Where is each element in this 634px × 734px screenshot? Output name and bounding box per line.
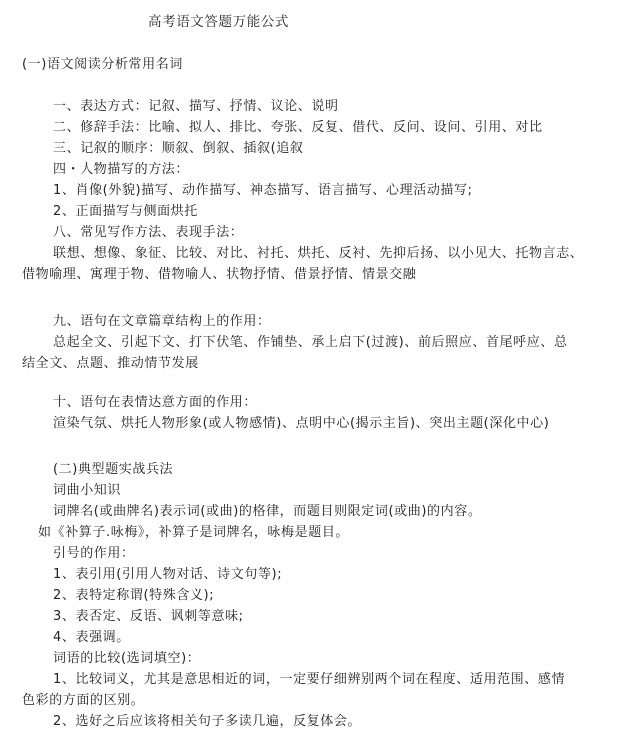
text-line: 借物喻理、寓理于物、借物喻人、状物抒情、借景抒情、情景交融 (22, 267, 416, 283)
text-line: 九、语句在文章篇章结构上的作用： (53, 314, 271, 330)
text-line: 引号的作用： (53, 546, 135, 562)
text-line: 词牌名(或曲牌名)表示词(或曲)的格律，而题目则限定词(或曲)的内容。 (53, 504, 481, 520)
text-line: 词曲小知识 (53, 483, 121, 499)
text-line: 八、常见写作方法、表现手法： (53, 225, 243, 241)
text-line: 3、表否定、反语、讽刺等意味; (53, 609, 244, 625)
section-heading-1: (一)语文阅读分析常用名词 (22, 57, 183, 73)
text-line: 4、表强调。 (53, 630, 130, 646)
text-line: 总起全文、引起下文、打下伏笔、作铺垫、承上启下(过渡)、前后照应、首尾呼应、总 (53, 335, 568, 351)
text-line: 2、选好之后应该将相关句子多读几遍，反复体会。 (53, 714, 361, 730)
text-line: 如《补算子.咏梅》，补算子是词牌名，咏梅是题目。 (38, 525, 349, 541)
text-line: 1、比较词义，尤其是意思相近的词，一定要仔细辨别两个词在程度、适用范围、感情 (53, 672, 565, 688)
document-title: 高考语文答题万能公式 (148, 14, 289, 30)
text-line: 词语的比较(选词填空)： (53, 651, 200, 667)
text-line: 1、肖像(外貌)描写、动作描写、神态描写、语言描写、心理活动描写; (53, 183, 473, 199)
text-line: 色彩的方面的区别。 (22, 693, 144, 709)
text-line: 2、正面描写与侧面烘托 (53, 204, 198, 220)
text-line: 三、记叙的顺序：顺叙、倒叙、插叙(追叙 (53, 141, 303, 157)
text-line: 二、修辞手法：比喻、拟人、排比、夸张、反复、借代、反问、设问、引用、对比 (53, 120, 543, 136)
text-line: (二)典型题实战兵法 (53, 462, 173, 478)
text-line: 1、表引用(引用人物对话、诗文句等); (53, 567, 282, 583)
text-line: 联想、想像、象征、比较、对比、衬托、烘托、反衬、先抑后扬、以小见大、托物言志、 (53, 246, 583, 262)
text-line: 一、表达方式：记叙、描写、抒情、议论、说明 (53, 99, 339, 115)
text-line: 十、语句在表情达意方面的作用： (53, 395, 257, 411)
text-line: 四・人物描写的方法： (53, 162, 189, 178)
text-line: 结全文、点题、推动情节发展 (22, 356, 199, 372)
text-line: 2、表特定称谓(特殊含义); (53, 588, 214, 604)
text-line: 渲染气氛、烘托人物形象(或人物感情)、点明中心(揭示主旨)、突出主题(深化中心) (53, 416, 549, 432)
